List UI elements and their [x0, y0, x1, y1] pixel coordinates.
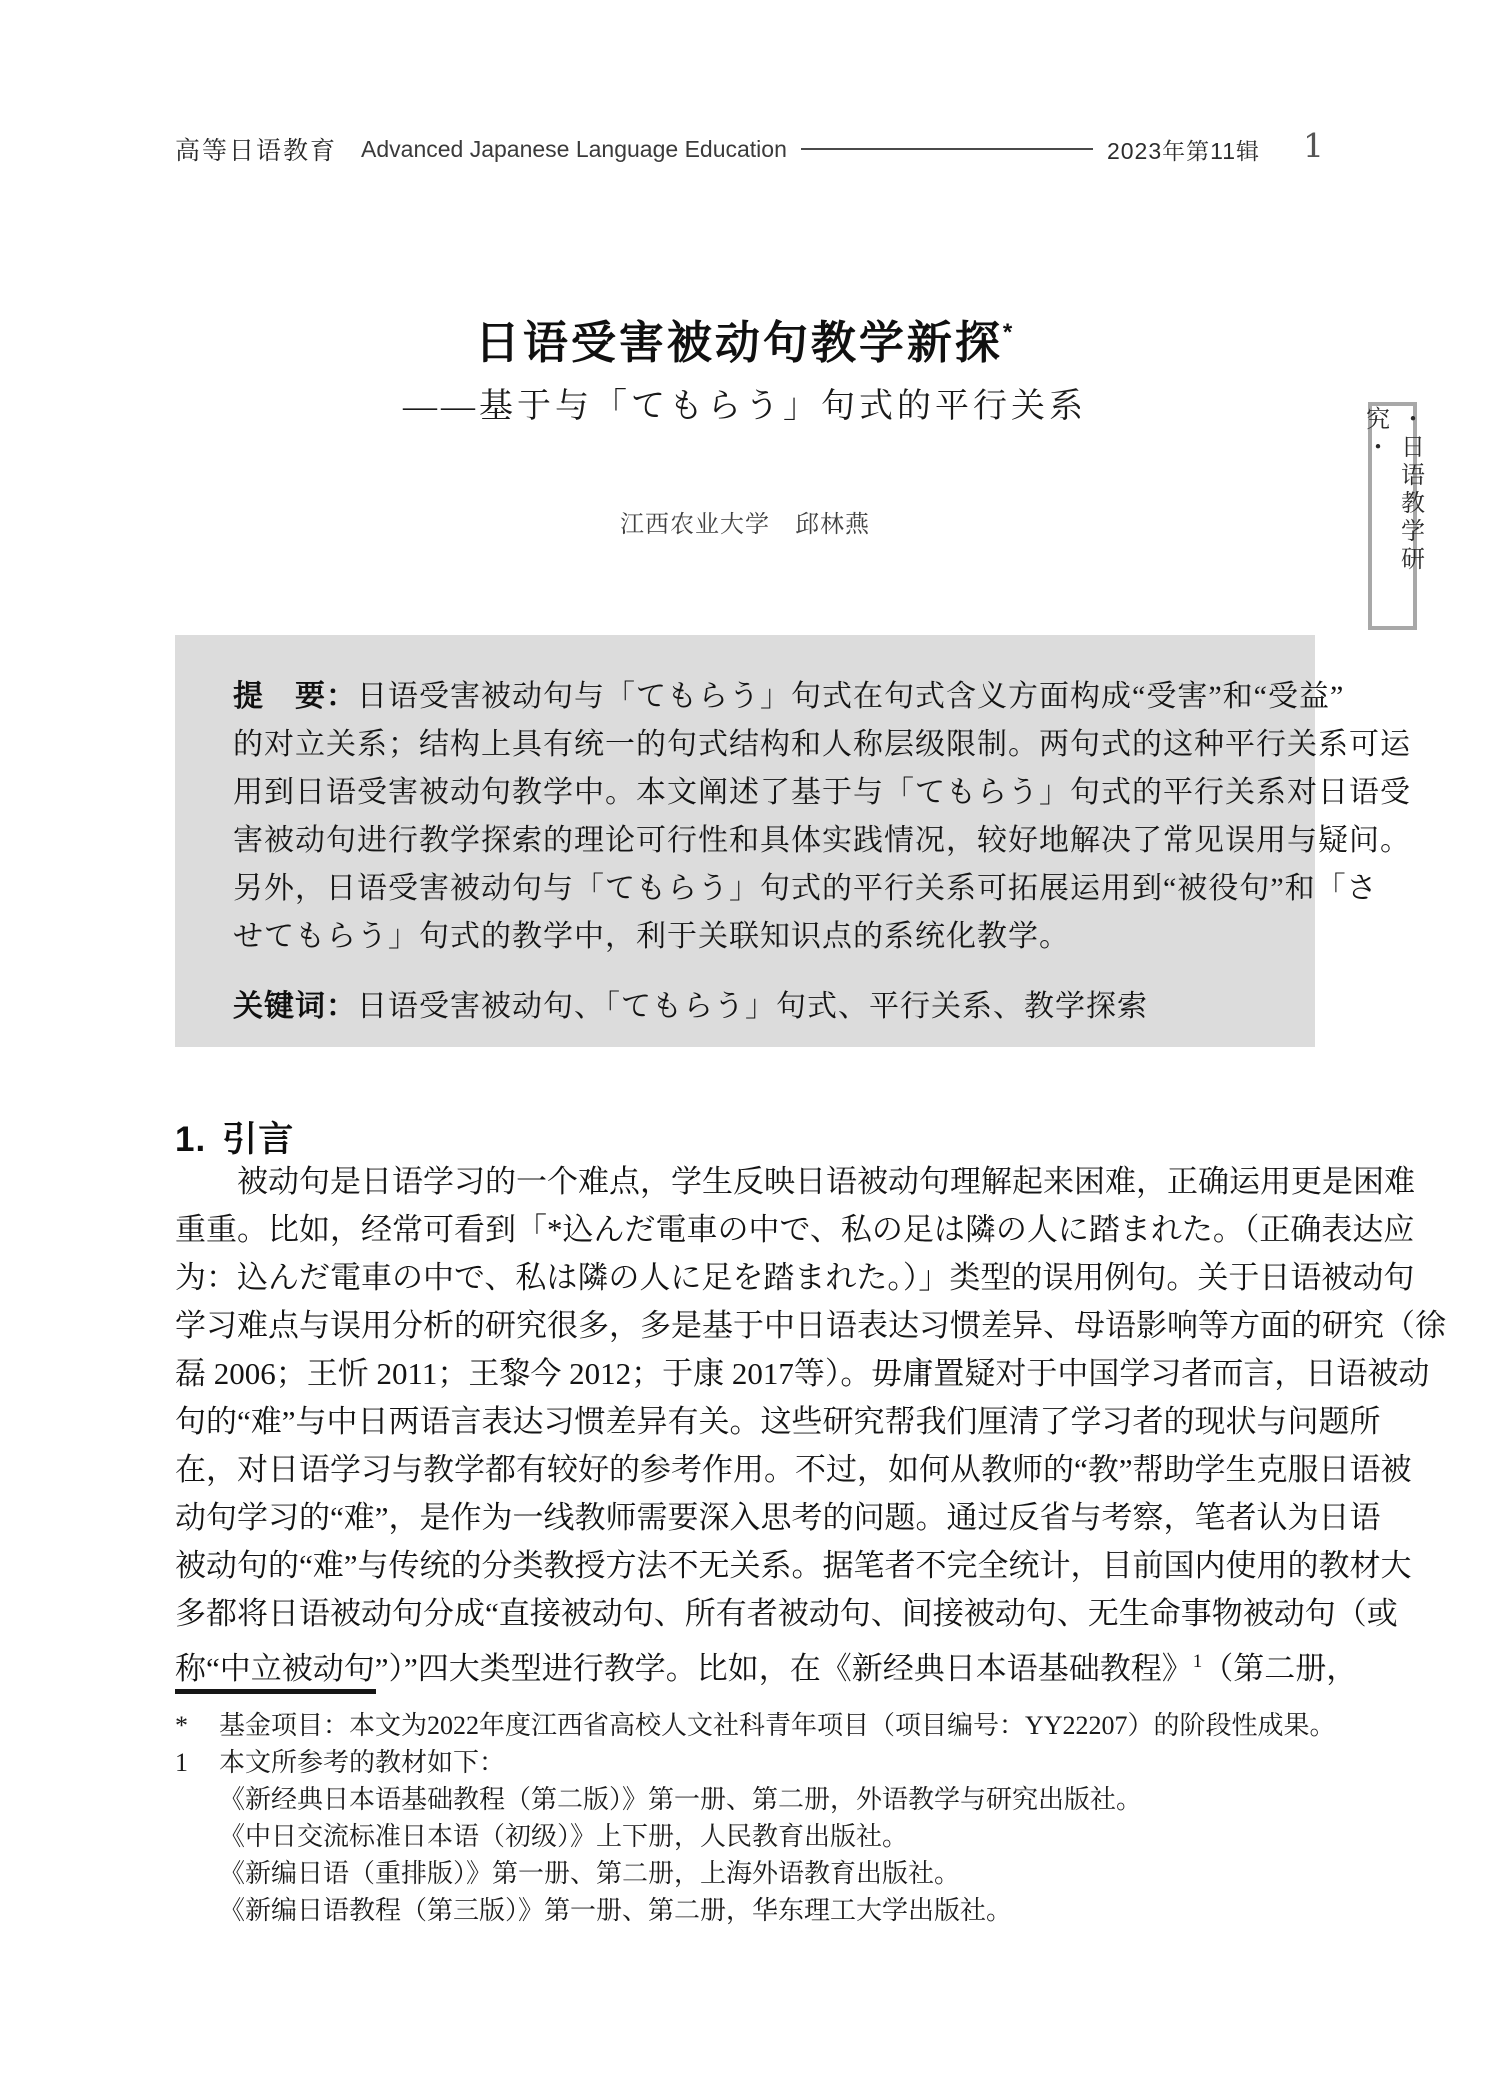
page-number: 1 — [1303, 126, 1324, 165]
keywords-text: 日语受害被动句、「てもらう」句式、平行关系、教学探索 — [357, 990, 1148, 1023]
section-number: 1. — [175, 1120, 206, 1159]
abstract-line: 用到日语受害被动句教学中。本文阐述了基于与「てもらう」句式的平行关系对日语受 — [233, 769, 1263, 817]
footnote-marker — [175, 1855, 219, 1892]
footnote-item: * 基金项目：本文为2022年度江西省高校人文社科青年项目（项目编号：YY222… — [175, 1707, 1375, 1744]
footnote-text: 《新编日语教程（第三版）》第一册、第二册，华东理工大学出版社。 — [219, 1892, 1375, 1929]
body-line: 句的“难”与中日两语言表达习惯差异有关。这些研究帮我们厘清了学习者的现状与问题所 — [175, 1398, 1325, 1446]
abstract-line: 提 要：日语受害被动句与「てもらう」句式在句式含义方面构成“受害”和“受益” — [233, 673, 1263, 721]
footnote-marker — [175, 1818, 219, 1855]
header-rule — [801, 148, 1093, 150]
abstract-line: 害被动句进行教学探索的理论可行性和具体实践情况，较好地解决了常见误用与疑问。 — [233, 817, 1263, 865]
footnote-reference-1: 1 — [1193, 1651, 1203, 1672]
body-line: 多都将日语被动句分成“直接被动句、所有者被动句、间接被动句、无生命事物被动句（或 — [175, 1590, 1325, 1638]
article-subtitle: ——基于与「てもらう」句式的平行关系 — [175, 378, 1315, 427]
article-title: 日语受害被动句教学新探* — [175, 306, 1315, 371]
abstract-line: せてもらう」句式的教学中，利于关联知识点的系统化教学。 — [233, 913, 1263, 961]
keywords-label: 关键词： — [233, 990, 357, 1023]
footnote-text: 《新编日语（重排版）》第一册、第二册，上海外语教育出版社。 — [219, 1855, 1375, 1892]
section-title: 引言 — [222, 1120, 294, 1159]
footnote-marker — [175, 1781, 219, 1818]
body-line: 重重。比如，经常可看到「*込んだ電車の中で、私の足は隣の人に踏まれた。（正确表达… — [175, 1206, 1325, 1254]
body-line-text: 称“中立被动句”）”四大类型进行教学。比如，在《新经典日本语基础教程》 — [175, 1651, 1193, 1686]
footnote-item: 《新编日语教程（第三版）》第一册、第二册，华东理工大学出版社。 — [175, 1892, 1375, 1929]
body-line: 被动句的“难”与传统的分类教授方法不无关系。据笔者不完全统计，目前国内使用的教材… — [175, 1542, 1325, 1590]
title-footnote-marker: * — [1003, 319, 1015, 346]
footnote-item: 《中日交流标准日本语（初级）》上下册，人民教育出版社。 — [175, 1818, 1375, 1855]
article-title-text: 日语受害被动句教学新探 — [475, 317, 1003, 368]
journal-title-english: Advanced Japanese Language Education — [361, 136, 787, 163]
journal-page: 高等日语教育 Advanced Japanese Language Educat… — [0, 0, 1495, 2092]
author-line: 江西农业大学 邱林燕 — [175, 504, 1315, 539]
body-line-text: （第二册， — [1202, 1651, 1357, 1686]
abstract-line-text: 日语受害被动句与「てもらう」句式在句式含义方面构成“受害”和“受益” — [357, 680, 1344, 713]
abstract-label: 提 要： — [233, 680, 357, 713]
footnote-marker — [175, 1892, 219, 1929]
side-tab-label: ・日语教学研究・ — [1358, 406, 1428, 626]
footnote-separator-rule — [175, 1689, 376, 1694]
body-line: 动句学习的“难”，是作为一线教师需要深入思考的问题。通过反省与考察，笔者认为日语 — [175, 1494, 1325, 1542]
abstract-line: 的对立关系；结构上具有统一的句式结构和人称层级限制。两句式的这种平行关系可运 — [233, 721, 1263, 769]
footnote-item: 《新编日语（重排版）》第一册、第二册，上海外语教育出版社。 — [175, 1855, 1375, 1892]
keywords-line: 关键词：日语受害被动句、「てもらう」句式、平行关系、教学探索 — [233, 983, 1263, 1031]
body-text: 被动句是日语学习的一个难点，学生反映日语被动句理解起来困难，正确运用更是困难 重… — [175, 1158, 1325, 1693]
journal-title-chinese: 高等日语教育 — [175, 131, 337, 167]
footnote-marker: 1 — [175, 1744, 219, 1781]
footnotes: * 基金项目：本文为2022年度江西省高校人文社科青年项目（项目编号：YY222… — [175, 1707, 1375, 1929]
body-line: 磊 2006；王忻 2011；王黎今 2012；于康 2017等）。毋庸置疑对于… — [175, 1350, 1325, 1398]
abstract-box: 提 要：日语受害被动句与「てもらう」句式在句式含义方面构成“受害”和“受益” 的… — [175, 635, 1315, 1047]
footnote-text: 《新经典日本语基础教程（第二版）》第一册、第二册，外语教学与研究出版社。 — [219, 1781, 1375, 1818]
footnote-item: 《新经典日本语基础教程（第二版）》第一册、第二册，外语教学与研究出版社。 — [175, 1781, 1375, 1818]
issue-label: 2023年第11辑 — [1107, 133, 1260, 166]
body-line: 为：込んだ電車の中で、私は隣の人に足を踏まれた。）」类型的误用例句。关于日语被动… — [175, 1254, 1325, 1302]
page-header: 高等日语教育 Advanced Japanese Language Educat… — [175, 131, 1260, 167]
section-heading-introduction: 1.引言 — [175, 1112, 294, 1162]
side-section-tab: ・日语教学研究・ — [1368, 402, 1417, 630]
footnote-text: 《中日交流标准日本语（初级）》上下册，人民教育出版社。 — [219, 1818, 1375, 1855]
footnote-marker: * — [175, 1707, 219, 1744]
abstract-line: 另外，日语受害被动句与「てもらう」句式的平行关系可拓展运用到“被役句”和「さ — [233, 865, 1263, 913]
body-line: 学习难点与误用分析的研究很多，多是基于中日语表达习惯差异、母语影响等方面的研究（… — [175, 1302, 1325, 1350]
body-line: 被动句是日语学习的一个难点，学生反映日语被动句理解起来困难，正确运用更是困难 — [175, 1158, 1325, 1206]
footnote-text: 本文所参考的教材如下： — [219, 1744, 1375, 1781]
body-line: 在，对日语学习与教学都有较好的参考作用。不过，如何从教师的“教”帮助学生克服日语… — [175, 1446, 1325, 1494]
footnote-text: 基金项目：本文为2022年度江西省高校人文社科青年项目（项目编号：YY22207… — [219, 1707, 1375, 1744]
body-line: 称“中立被动句”）”四大类型进行教学。比如，在《新经典日本语基础教程》1（第二册… — [175, 1638, 1325, 1693]
footnote-item: 1 本文所参考的教材如下： — [175, 1744, 1375, 1781]
